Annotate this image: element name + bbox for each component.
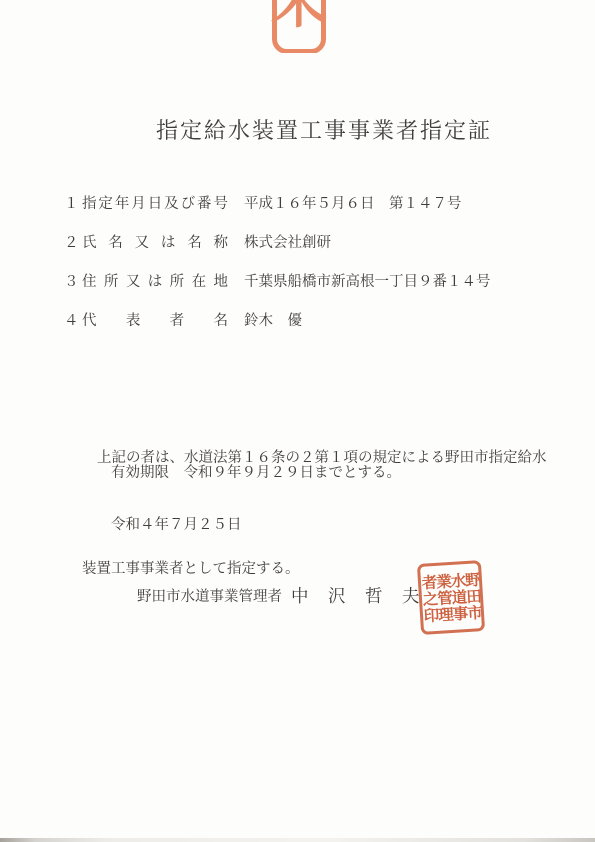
top-stamp-glyph: 米 bbox=[271, 0, 327, 31]
item-number: １ bbox=[64, 196, 82, 212]
signer-name: 中 沢 哲 夫 bbox=[291, 583, 421, 608]
certificate-title: 指定給水装置工事事業者指定証 bbox=[156, 114, 492, 145]
official-seal-text: 野田市水道事業管理者之印 bbox=[420, 565, 482, 630]
item-label: 氏名又は名称 bbox=[82, 235, 228, 251]
official-red-seal-stamp: 野田市水道事業管理者之印 bbox=[417, 560, 485, 635]
signature-line: 野田市水道事業管理者 中 沢 哲 夫 bbox=[137, 583, 421, 608]
item-label: 住所又は所在地 bbox=[82, 274, 228, 290]
top-partial-seal-stamp: 米 bbox=[271, 0, 327, 53]
item-value: 平成１６年５月６日 第１４７号 bbox=[244, 196, 462, 212]
item-number: ３ bbox=[64, 274, 82, 290]
item-label: 指定年月日及び番号 bbox=[82, 196, 228, 212]
item-value: 株式会社創研 bbox=[244, 235, 331, 251]
item-number: ４ bbox=[64, 313, 82, 329]
item-designation-date-number: １ 指定年月日及び番号 平成１６年５月６日 第１４７号 bbox=[64, 196, 491, 212]
scan-bottom-edge-artifact bbox=[0, 838, 595, 842]
item-value: 千葉県船橋市新高根一丁目９番１４号 bbox=[244, 274, 491, 290]
signer-title: 野田市水道事業管理者 bbox=[137, 585, 282, 606]
validity-period: 有効期限 令和９年９月２９日までとする。 bbox=[111, 461, 401, 482]
issue-date: 令和４年７月２５日 bbox=[111, 513, 242, 534]
designation-items: １ 指定年月日及び番号 平成１６年５月６日 第１４７号 ２ 氏名又は名称 株式会… bbox=[64, 196, 491, 352]
certificate-page: 米 指定給水装置工事事業者指定証 １ 指定年月日及び番号 平成１６年５月６日 第… bbox=[0, 0, 595, 842]
item-company-name: ２ 氏名又は名称 株式会社創研 bbox=[64, 235, 491, 251]
item-value: 鈴木 優 bbox=[244, 313, 302, 329]
item-address: ３ 住所又は所在地 千葉県船橋市新高根一丁目９番１４号 bbox=[64, 274, 491, 290]
item-label: 代表者名 bbox=[82, 313, 228, 329]
item-representative-name: ４ 代表者名 鈴木 優 bbox=[64, 313, 491, 329]
item-number: ２ bbox=[64, 235, 82, 251]
